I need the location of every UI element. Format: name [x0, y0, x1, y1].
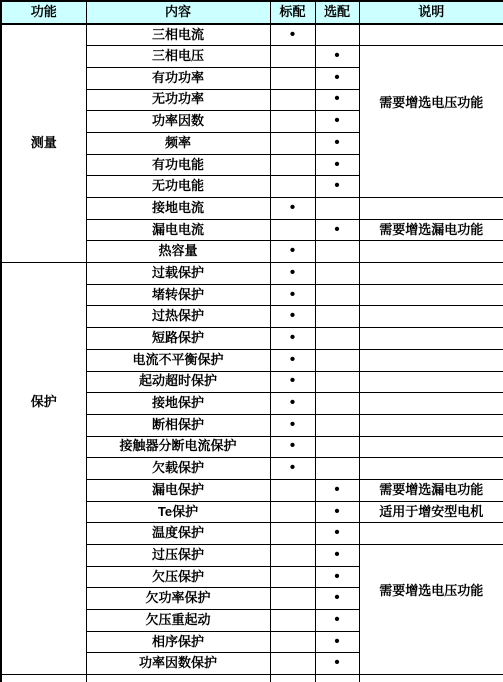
col-header-note: 说明 [359, 1, 503, 24]
standard-cell [270, 132, 315, 154]
note-cell [359, 241, 503, 263]
standard-dot: • [290, 394, 295, 411]
standard-cell [270, 67, 315, 89]
content-cell: 欠压保护 [86, 566, 270, 588]
optional-cell: • [315, 653, 359, 675]
content-cell: 三相电压 [86, 46, 270, 68]
note-cell [359, 284, 503, 306]
col-header-content: 内容 [86, 1, 270, 24]
standard-cell: • [270, 393, 315, 415]
table-header: 功能 内容 标配 选配 说明 [1, 1, 503, 24]
optional-dot: • [334, 654, 339, 671]
optional-dot: • [334, 503, 339, 520]
standard-cell: • [270, 414, 315, 436]
note-cell [359, 371, 503, 393]
optional-dot: • [334, 633, 339, 650]
standard-cell [270, 46, 315, 68]
optional-cell: • [315, 479, 359, 501]
optional-cell: • [315, 132, 359, 154]
optional-cell [315, 371, 359, 393]
standard-dot: • [290, 329, 295, 346]
optional-cell [315, 284, 359, 306]
table-row: 测量三相电流• [1, 24, 503, 46]
optional-cell: • [315, 501, 359, 523]
content-cell: 有功功率 [86, 67, 270, 89]
content-cell: 堵转保护 [86, 284, 270, 306]
standard-cell [270, 545, 315, 567]
content-cell: 电流不平衡保护 [86, 349, 270, 371]
standard-dot: • [290, 416, 295, 433]
optional-cell: • [315, 523, 359, 545]
content-cell: 漏电保护 [86, 479, 270, 501]
optional-dot: • [334, 568, 339, 585]
optional-cell [315, 393, 359, 415]
content-cell: 功率因数 [86, 111, 270, 133]
content-cell: 温度保护 [86, 523, 270, 545]
optional-cell [315, 328, 359, 350]
standard-cell [270, 501, 315, 523]
optional-cell: • [315, 89, 359, 111]
cropped-cell [86, 675, 270, 682]
standard-cell: • [270, 458, 315, 480]
content-cell: 接地电流 [86, 198, 270, 220]
standard-dot: • [290, 264, 295, 281]
content-cell: 短路保护 [86, 328, 270, 350]
optional-dot: • [334, 134, 339, 151]
optional-cell [315, 306, 359, 328]
function-cell: 保护 [1, 263, 86, 675]
content-cell: 起动超时保护 [86, 371, 270, 393]
standard-cell [270, 111, 315, 133]
standard-dot: • [290, 26, 295, 43]
standard-cell [270, 479, 315, 501]
note-cell [359, 523, 503, 545]
optional-dot: • [334, 481, 339, 498]
standard-cell: • [270, 328, 315, 350]
standard-cell [270, 631, 315, 653]
optional-dot: • [334, 524, 339, 541]
page: 功能 内容 标配 选配 说明 测量三相电流•三相电压•需要增选电压功能有功功率•… [0, 0, 503, 682]
optional-cell: • [315, 610, 359, 632]
cropped-cell [359, 675, 503, 682]
function-label: 保护 [31, 395, 57, 410]
standard-dot: • [290, 437, 295, 454]
note-cell [359, 349, 503, 371]
optional-cell: • [315, 176, 359, 198]
content-cell: 有功电能 [86, 154, 270, 176]
note-cell [359, 24, 503, 46]
content-cell: 频率 [86, 132, 270, 154]
content-cell: Te保护 [86, 501, 270, 523]
standard-cell: • [270, 436, 315, 458]
cropped-cell [270, 675, 315, 682]
standard-cell: • [270, 24, 315, 46]
content-cell: 过载保护 [86, 263, 270, 285]
standard-dot: • [290, 351, 295, 368]
optional-cell: • [315, 588, 359, 610]
content-cell: 三相电流 [86, 24, 270, 46]
content-cell: 欠载保护 [86, 458, 270, 480]
optional-dot: • [334, 546, 339, 563]
function-cell: 测量 [1, 24, 86, 263]
note-text: 需要增选漏电功能 [379, 222, 483, 237]
optional-cell: • [315, 67, 359, 89]
optional-dot: • [334, 90, 339, 107]
standard-cell [270, 89, 315, 111]
optional-cell: • [315, 111, 359, 133]
content-cell: 热容量 [86, 241, 270, 263]
optional-cell [315, 458, 359, 480]
standard-dot: • [290, 459, 295, 476]
optional-cell [315, 24, 359, 46]
note-cell [359, 436, 503, 458]
standard-cell: • [270, 241, 315, 263]
note-cell: 需要增选漏电功能 [359, 219, 503, 241]
standard-cell [270, 219, 315, 241]
standard-cell: • [270, 263, 315, 285]
standard-cell [270, 523, 315, 545]
col-header-function: 功能 [1, 1, 86, 24]
content-cell: 接触器分断电流保护 [86, 436, 270, 458]
standard-dot: • [290, 372, 295, 389]
optional-cell [315, 198, 359, 220]
optional-cell [315, 414, 359, 436]
content-cell: 断相保护 [86, 414, 270, 436]
standard-cell [270, 176, 315, 198]
standard-cell: • [270, 284, 315, 306]
note-cell: 需要增选漏电功能 [359, 479, 503, 501]
optional-dot: • [334, 611, 339, 628]
note-cell [359, 458, 503, 480]
note-cell [359, 263, 503, 285]
note-text: 需要增选漏电功能 [379, 482, 483, 497]
cropped-row [1, 675, 503, 682]
note-cell [359, 414, 503, 436]
standard-dot: • [290, 286, 295, 303]
note-cell [359, 198, 503, 220]
col-header-optional: 选配 [315, 1, 359, 24]
note-cell: 需要增选电压功能 [359, 46, 503, 198]
standard-dot: • [290, 199, 295, 216]
optional-cell [315, 436, 359, 458]
optional-dot: • [334, 69, 339, 86]
optional-dot: • [334, 589, 339, 606]
optional-cell: • [315, 46, 359, 68]
standard-dot: • [290, 307, 295, 324]
content-cell: 漏电电流 [86, 219, 270, 241]
content-cell: 无功电能 [86, 176, 270, 198]
content-cell: 过压保护 [86, 545, 270, 567]
function-label: 测量 [31, 135, 57, 150]
optional-cell: • [315, 566, 359, 588]
feature-table: 功能 内容 标配 选配 说明 测量三相电流•三相电压•需要增选电压功能有功功率•… [0, 0, 503, 682]
cropped-cell [315, 675, 359, 682]
standard-cell [270, 566, 315, 588]
note-cell: 需要增选电压功能 [359, 545, 503, 675]
optional-dot: • [334, 177, 339, 194]
standard-cell: • [270, 371, 315, 393]
cropped-cell [1, 675, 86, 682]
standard-cell [270, 154, 315, 176]
note-cell: 适用于增安型电机 [359, 501, 503, 523]
col-header-standard: 标配 [270, 1, 315, 24]
standard-cell [270, 610, 315, 632]
header-row: 功能 内容 标配 选配 说明 [1, 1, 503, 24]
optional-cell [315, 263, 359, 285]
optional-dot: • [334, 112, 339, 129]
note-cell [359, 328, 503, 350]
content-cell: 接地保护 [86, 393, 270, 415]
optional-cell: • [315, 545, 359, 567]
note-cell [359, 306, 503, 328]
standard-cell: • [270, 198, 315, 220]
standard-dot: • [290, 242, 295, 259]
optional-dot: • [334, 47, 339, 64]
optional-cell [315, 349, 359, 371]
content-cell: 无功功率 [86, 89, 270, 111]
optional-cell: • [315, 219, 359, 241]
content-cell: 过热保护 [86, 306, 270, 328]
note-text: 适用于增安型电机 [379, 504, 483, 519]
content-cell: 功率因数保护 [86, 653, 270, 675]
optional-cell: • [315, 154, 359, 176]
optional-dot: • [334, 156, 339, 173]
standard-cell: • [270, 349, 315, 371]
standard-cell [270, 588, 315, 610]
content-cell: 相序保护 [86, 631, 270, 653]
standard-cell [270, 653, 315, 675]
optional-cell [315, 241, 359, 263]
note-text: 需要增选电压功能 [379, 96, 483, 111]
optional-cell: • [315, 631, 359, 653]
table-row: 保护过载保护• [1, 263, 503, 285]
content-cell: 欠功率保护 [86, 588, 270, 610]
standard-cell: • [270, 306, 315, 328]
table-body: 测量三相电流•三相电压•需要增选电压功能有功功率•无功功率•功率因数•频率•有功… [1, 24, 503, 682]
optional-dot: • [334, 221, 339, 238]
content-cell: 欠压重起动 [86, 610, 270, 632]
note-cell [359, 393, 503, 415]
note-text: 需要增选电压功能 [379, 584, 483, 599]
